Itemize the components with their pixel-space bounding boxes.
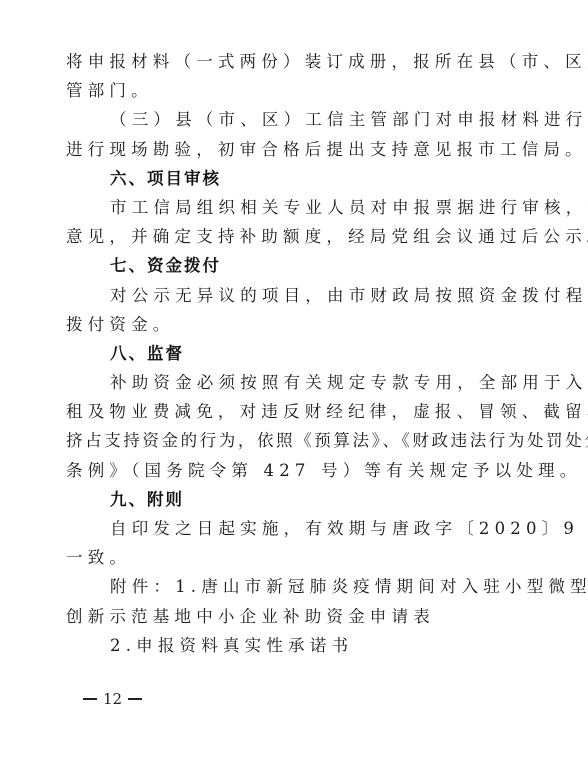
section-heading: 六、项目审核 (66, 164, 512, 193)
page-footer: 12 (83, 690, 142, 708)
paragraph-line: （三）县（市、区）工信主管部门对申报材料进行审核，并 (66, 105, 512, 134)
paragraph-line: 创新示范基地中小企业补助资金申请表 (66, 602, 512, 631)
paragraph-line: 一致。 (66, 543, 512, 572)
document-page: 将申报材料（一式两份）装订成册，报所在县（市、区）工信主管部门。（三）县（市、区… (0, 0, 588, 783)
paragraph-line: 2.申报资料真实性承诺书 (66, 631, 512, 660)
section-heading: 八、监督 (66, 339, 512, 368)
paragraph-line: 将申报材料（一式两份）装订成册，报所在县（市、区）工信主 (66, 47, 512, 76)
paragraph-line: 拨付资金。 (66, 310, 512, 339)
dash-right (128, 698, 142, 700)
paragraph-line: 进行现场勘验，初审合格后提出支持意见报市工信局。 (66, 135, 512, 164)
paragraph-line: 管部门。 (66, 76, 512, 105)
paragraph-line: 市工信局组织相关专业人员对申报票据进行审核，提出审核 (66, 193, 512, 222)
paragraph-line: 对公示无异议的项目，由市财政局按照资金拨付程序及规定 (66, 281, 512, 310)
page-number: 12 (103, 690, 122, 708)
paragraph-line: 附件：1.唐山市新冠肺炎疫情期间对入驻小型微型企业创业 (66, 572, 512, 601)
paragraph-line: 挤占支持资金的行为，依照《预算法》、《财政违法行为处罚处分 (66, 426, 512, 455)
dash-left (83, 698, 97, 700)
paragraph-line: 条例》（国务院令第 427 号）等有关规定予以处理。 (66, 456, 512, 485)
section-heading: 七、资金拨付 (66, 251, 512, 280)
paragraph-line: 租及物业费减免，对违反财经纪律，虚报、冒领、截留、挪用、 (66, 397, 512, 426)
paragraph-line: 自印发之日起实施，有效期与唐政字〔2020〕9 号文件保持 (66, 514, 512, 543)
paragraph-line: 意见，并确定支持补助额度，经局党组会议通过后公示。 (66, 222, 512, 251)
paragraph-line: 补助资金必须按照有关规定专款专用，全部用于入驻企业房 (66, 368, 512, 397)
document-body: 将申报材料（一式两份）装订成册，报所在县（市、区）工信主管部门。（三）县（市、区… (66, 47, 512, 660)
section-heading: 九、附则 (66, 485, 512, 514)
